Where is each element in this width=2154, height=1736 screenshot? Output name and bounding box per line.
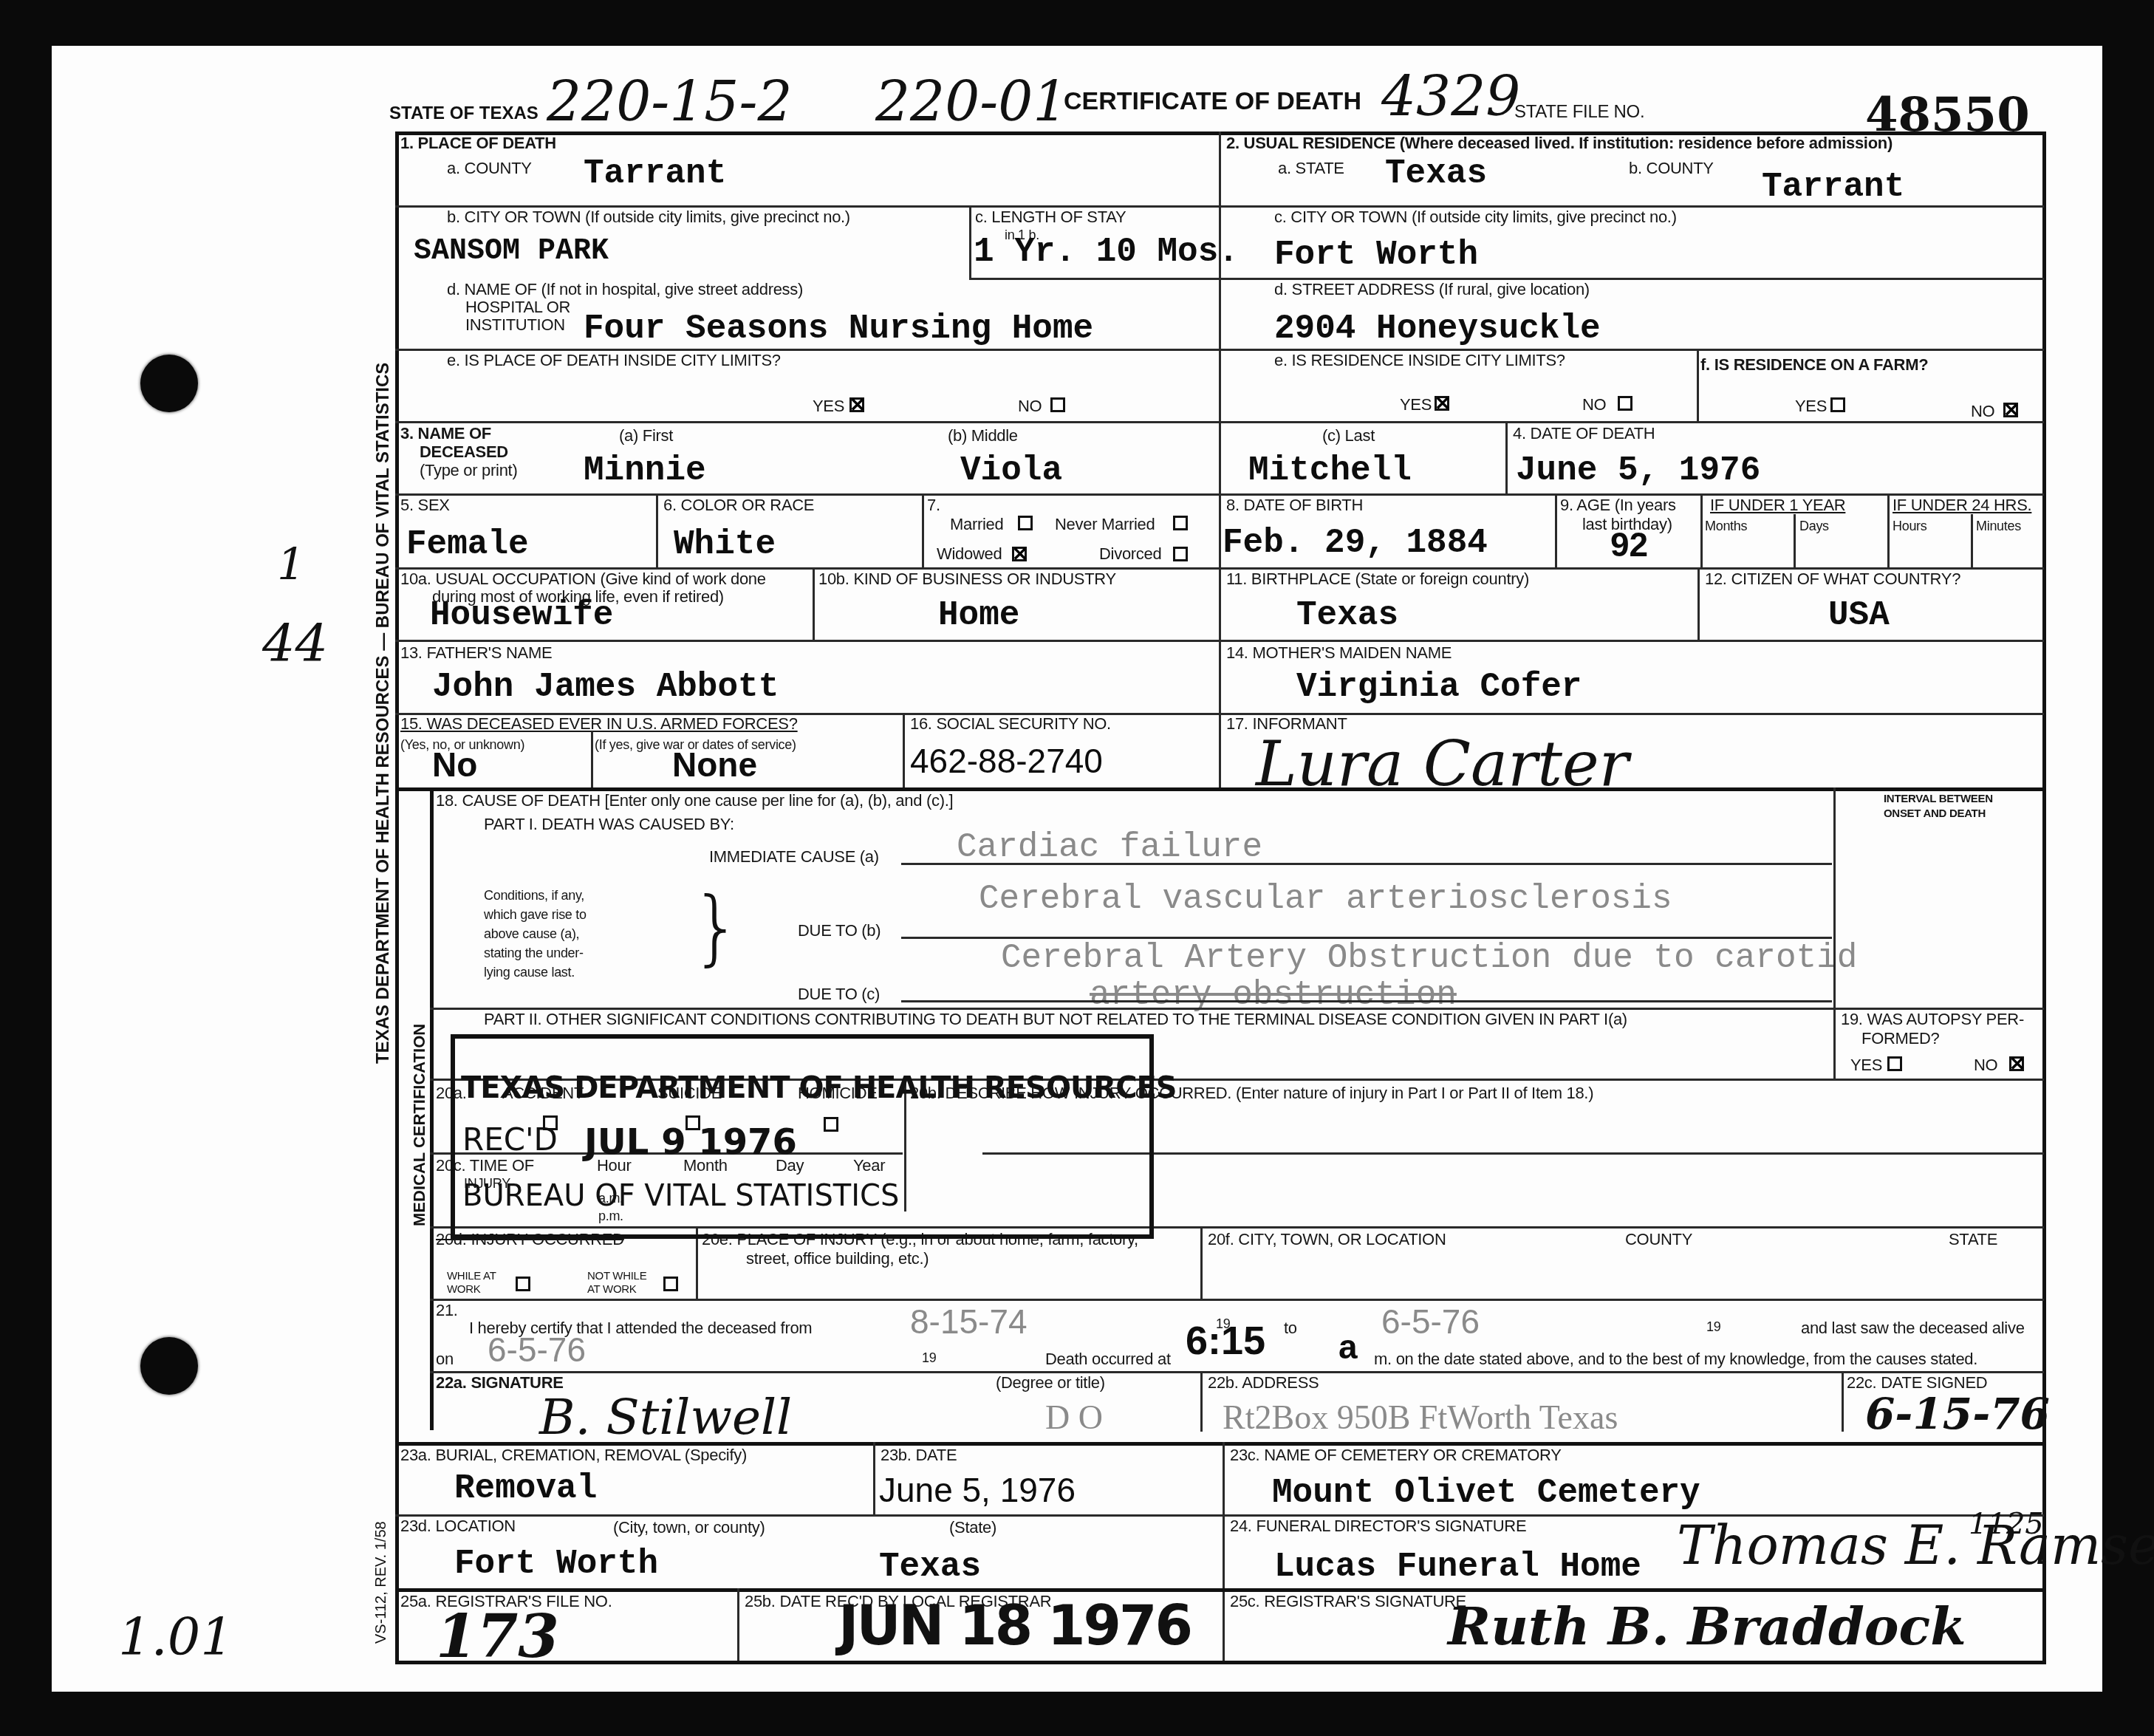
column-divider <box>1219 131 1221 789</box>
registrar-signature-label: 25c. REGISTRAR'S SIGNATURE <box>1230 1593 1466 1610</box>
autopsy-no-checkbox[interactable] <box>2009 1056 2024 1071</box>
degree-label: (Degree or title) <box>996 1374 1105 1392</box>
ssn-value: 462-88-2740 <box>910 742 1103 779</box>
stamp-line-1: TEXAS DEPARTMENT OF HEALTH RESOURCES <box>461 1071 1177 1105</box>
conditions-brace: } <box>691 886 742 968</box>
row-line <box>395 421 2044 423</box>
interval-label-2: ONSET AND DEATH <box>1884 807 1986 821</box>
death-city-value: SANSOM PARK <box>414 233 609 270</box>
residence-limits-no-label: NO <box>1582 396 1606 414</box>
farm-divider <box>1697 349 1699 423</box>
farm-label: f. IS RESIDENCE ON A FARM? <box>1700 356 1928 374</box>
institution-value: Four Seasons Nursing Home <box>584 310 1093 347</box>
address-value: Rt2Box 950B FtWorth Texas <box>1223 1399 1618 1436</box>
marital-divorced-checkbox[interactable] <box>1173 547 1188 561</box>
funeral-director-signature: Thomas E. Ramsey <box>1677 1514 2154 1576</box>
first-name-value: Minnie <box>584 452 706 489</box>
date-signed-value: 6-15-76 <box>1865 1389 2050 1439</box>
injury-e-label-2: street, office building, etc.) <box>746 1250 929 1268</box>
vertical-medical-certification: MEDICAL CERTIFICATION <box>410 1024 429 1226</box>
residence-state-label: a. STATE <box>1278 160 1344 177</box>
vertical-agency-label: TEXAS DEPARTMENT OF HEALTH RESOURCES — B… <box>373 363 394 1064</box>
conditions-note-4: stating the under- <box>484 946 584 960</box>
date-of-death-value: June 5, 1976 <box>1516 452 1760 489</box>
form-bottom-border <box>395 1661 2046 1664</box>
name-label-1: 3. NAME OF <box>400 425 491 442</box>
due-to-b-value: Cerebral vascular arteriosclerosis <box>979 881 1672 917</box>
funeral-director-label: 24. FUNERAL DIRECTOR'S SIGNATURE <box>1230 1517 1526 1535</box>
marital-never-checkbox[interactable] <box>1173 516 1188 530</box>
race-divider <box>656 493 658 567</box>
hole-punch-top <box>140 355 198 412</box>
burial-date-value: June 5, 1976 <box>879 1472 1076 1508</box>
autopsy-yes-checkbox[interactable] <box>1887 1056 1902 1071</box>
part2-label: PART II. OTHER SIGNIFICANT CONDITIONS CO… <box>484 1011 1627 1028</box>
stamp-received-date: JUL 9 1976 <box>584 1121 797 1163</box>
part1-label: PART I. DEATH WAS CAUSED BY: <box>484 816 734 833</box>
name-label-2: DECEASED <box>420 443 508 461</box>
while-at-work-label-2: WORK <box>447 1282 480 1297</box>
under-24-hrs-label: IF UNDER 24 HRS. <box>1893 496 2031 514</box>
due-to-c-label: DUE TO (c) <box>798 985 880 1003</box>
armed-service-value: None <box>672 746 757 783</box>
days-divider <box>1794 514 1796 567</box>
birthplace-value: Texas <box>1296 597 1398 634</box>
funeral-director-number: 1125 <box>1969 1507 2044 1541</box>
location-state-value: Texas <box>879 1548 981 1585</box>
ssn-divider <box>903 713 905 789</box>
margin-note-bottom: 1.01 <box>118 1607 233 1667</box>
date-signed-divider <box>1842 1371 1844 1432</box>
father-label: 13. FATHER'S NAME <box>400 644 552 662</box>
business-label: 10b. KIND OF BUSINESS OR INDUSTRY <box>818 570 1116 588</box>
days-label: Days <box>1799 519 1829 533</box>
conditions-note-1: Conditions, if any, <box>484 888 584 903</box>
ssn-label: 16. SOCIAL SECURITY NO. <box>910 715 1111 733</box>
under-1-year-label: IF UNDER 1 YEAR <box>1710 496 1845 514</box>
stamp-line-3: BUREAU OF VITAL STATISTICS <box>462 1179 899 1213</box>
not-while-at-work-checkbox[interactable] <box>663 1277 678 1291</box>
farm-yes-checkbox[interactable] <box>1830 397 1845 412</box>
residence-street-label: d. STREET ADDRESS (If rural, give locati… <box>1274 281 1590 298</box>
residence-state-value: Texas <box>1385 155 1487 192</box>
location-label: 23d. LOCATION <box>400 1517 516 1535</box>
under-year-divider <box>1700 493 1703 567</box>
cert-text-3: m. on the date stated above, and to the … <box>1374 1350 1977 1368</box>
occupation-value: Housewife <box>430 597 613 634</box>
location-state-label: (State) <box>949 1519 996 1537</box>
marital-married-checkbox[interactable] <box>1018 516 1033 530</box>
death-city-label: b. CITY OR TOWN (If outside city limits,… <box>447 208 850 226</box>
residence-limits-yes-checkbox[interactable] <box>1435 396 1449 411</box>
interval-label-1: INTERVAL BETWEEN <box>1884 792 1993 807</box>
handwritten-code-3: 4329 <box>1381 65 1520 129</box>
while-at-work-checkbox[interactable] <box>516 1277 530 1291</box>
death-county-value: Tarrant <box>584 155 726 192</box>
last-name-value: Mitchell <box>1248 452 1412 489</box>
autopsy-no-label: NO <box>1974 1056 1997 1074</box>
not-while-at-work-label-1: NOT WHILE <box>587 1269 646 1284</box>
not-while-at-work-label-2: AT WORK <box>587 1282 637 1297</box>
injury-ef-divider <box>1200 1226 1203 1300</box>
vertical-form-rev: VS-112, REV. 1/58 <box>373 1521 390 1644</box>
row-line <box>430 1299 2044 1301</box>
hole-punch-bottom <box>140 1337 198 1395</box>
race-value: White <box>674 526 776 563</box>
interval-divider <box>1833 787 1836 1079</box>
physician-signature: B. Stilwell <box>539 1389 792 1446</box>
father-value: John James Abbott <box>432 669 779 705</box>
cert-to-nineteen: 19 <box>1706 1319 1720 1334</box>
cert-number-label: 21. <box>436 1302 458 1319</box>
armed-forces-value: No <box>432 746 477 783</box>
age-value: 92 <box>1610 526 1648 563</box>
cemetery-label: 23c. NAME OF CEMETERY OR CREMATORY <box>1230 1446 1562 1464</box>
cert-on-date: 6-5-76 <box>488 1331 586 1368</box>
certificate-title: CERTIFICATE OF DEATH <box>1064 87 1361 116</box>
mother-label: 14. MOTHER'S MAIDEN NAME <box>1226 644 1452 662</box>
age-divider <box>1555 493 1557 567</box>
handwritten-code-1: 220-15-2 <box>547 70 793 134</box>
death-occurred-label: Death occurred at <box>1045 1350 1171 1368</box>
conditions-note-5: lying cause last. <box>484 965 575 980</box>
citizen-value: USA <box>1828 597 1890 634</box>
age-label-1: 9. AGE (In years <box>1560 496 1676 514</box>
death-limits-no-label: NO <box>1018 397 1042 415</box>
cemetery-value: Mount Olivet Cemetery <box>1272 1474 1700 1511</box>
form-left-border <box>395 131 399 1662</box>
location-city-label: (City, town, or county) <box>613 1519 765 1537</box>
state-file-label: STATE FILE NO. <box>1514 103 1644 121</box>
race-label: 6. COLOR OR RACE <box>663 496 814 514</box>
mother-value: Virginia Cofer <box>1296 669 1582 705</box>
cert-to-date: 6-5-76 <box>1381 1303 1480 1340</box>
date-of-death-label: 4. DATE OF DEATH <box>1513 425 1655 442</box>
state-label: STATE OF TEXAS <box>389 103 538 124</box>
occupation-label-1: 10a. USUAL OCCUPATION (Give kind of work… <box>400 570 766 588</box>
first-name-label: (a) First <box>619 427 673 445</box>
registrar-date-divider <box>737 1588 739 1661</box>
handwritten-code-2: 220-01 <box>875 70 1067 134</box>
under-24-divider <box>1887 493 1890 567</box>
residence-inside-limits-label: e. IS RESIDENCE INSIDE CITY LIMITS? <box>1274 352 1565 369</box>
autopsy-label-2: FORMED? <box>1861 1030 1939 1048</box>
autopsy-label-1: 19. WAS AUTOPSY PER- <box>1841 1011 2024 1028</box>
death-limits-no-checkbox[interactable] <box>1050 397 1065 412</box>
residence-street-value: 2904 Honeysuckle <box>1274 310 1601 347</box>
place-of-death-label: 1. PLACE OF DEATH <box>400 134 556 152</box>
marital-label: 7. <box>927 496 940 514</box>
farm-yes-label: YES <box>1795 397 1827 415</box>
cert-from-date: 8-15-74 <box>910 1303 1028 1340</box>
dob-label: 8. DATE OF BIRTH <box>1226 496 1363 514</box>
birthplace-label: 11. BIRTHPLACE (State or foreign country… <box>1226 570 1529 588</box>
residence-city-value: Fort Worth <box>1274 236 1478 273</box>
death-limits-yes-label: YES <box>813 397 844 415</box>
length-of-stay-value: 1 Yr. 10 Mos. <box>974 233 1239 270</box>
burial-date-label: 23b. DATE <box>881 1446 957 1464</box>
immediate-cause-value: Cardiac failure <box>957 829 1262 866</box>
armed-forces-label: 15. WAS DECEASED EVER IN U.S. ARMED FORC… <box>400 715 798 733</box>
marital-married-label: Married <box>950 516 1003 533</box>
received-stamp: TEXAS DEPARTMENT OF HEALTH RESOURCES REC… <box>451 1034 1154 1239</box>
margin-note-top: 1 <box>277 539 305 591</box>
dob-value: Feb. 29, 1884 <box>1223 524 1488 561</box>
cert-to-label: to <box>1284 1319 1297 1337</box>
death-inside-limits-label: e. IS PLACE OF DEATH INSIDE CITY LIMITS? <box>447 352 781 369</box>
due-to-c-value-1: Cerebral Artery Obstruction due to carot… <box>1001 940 1857 977</box>
marital-divider <box>922 493 924 567</box>
burial-value: Removal <box>454 1470 597 1507</box>
medical-left-border <box>430 787 434 1430</box>
registrar-date-stamp: JUN 18 1976 <box>838 1594 1191 1658</box>
sex-value: Female <box>406 526 529 563</box>
row-line <box>395 640 2044 642</box>
residence-county-label: b. COUNTY <box>1629 160 1714 177</box>
margin-note-mid: 44 <box>262 613 328 674</box>
hours-label: Hours <box>1893 519 1927 533</box>
death-county-label: a. COUNTY <box>447 160 532 177</box>
cemetery-divider <box>1223 1442 1225 1661</box>
residence-limits-no-checkbox[interactable] <box>1618 396 1632 411</box>
injury-f-label: 20f. CITY, TOWN, OR LOCATION <box>1208 1231 1446 1248</box>
registrar-file-value: 173 <box>436 1602 559 1671</box>
armed-divider <box>591 731 593 789</box>
middle-name-label: (b) Middle <box>948 427 1018 445</box>
stamp-received-prefix: REC'D <box>462 1121 558 1158</box>
burial-label: 23a. BURIAL, CREMATION, REMOVAL (Specify… <box>400 1446 747 1464</box>
cause-line-a <box>901 863 1832 865</box>
stay-divider <box>969 205 971 279</box>
residence-county-value: Tarrant <box>1762 168 1904 205</box>
business-value: Home <box>938 597 1019 634</box>
cert-on-label: on <box>436 1350 454 1368</box>
location-city-value: Fort Worth <box>454 1545 658 1582</box>
marital-widowed-label: Widowed <box>937 545 1002 563</box>
institution-label-2: HOSPITAL OR <box>465 298 570 316</box>
address-label: 22b. ADDRESS <box>1208 1374 1319 1392</box>
row-line <box>395 1588 2044 1592</box>
residence-limits-yes-label: YES <box>1400 396 1432 414</box>
marital-never-label: Never Married <box>1055 516 1155 533</box>
minutes-label: Minutes <box>1976 519 2021 533</box>
name-label-3: (Type or print) <box>420 462 517 479</box>
institution-label-1: d. NAME OF (If not in hospital, give str… <box>447 281 803 298</box>
citizen-label: 12. CITIZEN OF WHAT COUNTRY? <box>1705 570 1960 588</box>
autopsy-yes-label: YES <box>1850 1056 1882 1074</box>
marital-divorced-label: Divorced <box>1099 545 1161 563</box>
immediate-cause-label: IMMEDIATE CAUSE (a) <box>709 848 879 866</box>
while-at-work-label-1: WHILE AT <box>447 1269 496 1284</box>
dod-divider <box>1505 421 1508 495</box>
length-of-stay-label: c. LENGTH OF STAY <box>975 208 1126 226</box>
injury-f-county-label: COUNTY <box>1625 1231 1692 1248</box>
marital-widowed-checkbox[interactable] <box>1012 547 1027 561</box>
institution-label-3: INSTITUTION <box>465 316 565 334</box>
cert-on-nineteen: 19 <box>922 1350 936 1365</box>
funeral-home-value: Lucas Funeral Home <box>1274 1548 1641 1585</box>
middle-name-value: Viola <box>960 452 1062 489</box>
farm-no-label: NO <box>1971 403 1994 420</box>
minutes-divider <box>1971 514 1973 567</box>
conditions-note-3: above cause (a), <box>484 926 579 941</box>
cause-label: 18. CAUSE OF DEATH [Enter only one cause… <box>436 792 953 810</box>
conditions-note-2: which gave rise to <box>484 907 587 922</box>
death-time-value: 6:15 <box>1186 1322 1265 1359</box>
cert-text-2: and last saw the deceased alive <box>1801 1319 2025 1337</box>
last-name-label: (c) Last <box>1322 427 1375 445</box>
registrar-signature: Ruth B. Braddock <box>1448 1596 1966 1657</box>
injury-f-state-label: STATE <box>1949 1231 1997 1248</box>
death-limits-yes-checkbox[interactable] <box>849 397 864 412</box>
sex-label: 5. SEX <box>400 496 450 514</box>
months-label: Months <box>1705 519 1747 533</box>
residence-city-label: c. CITY OR TOWN (If outside city limits,… <box>1274 208 1677 226</box>
address-divider <box>1200 1371 1203 1432</box>
citizen-divider <box>1697 567 1700 641</box>
usual-residence-label: 2. USUAL RESIDENCE (Where deceased lived… <box>1226 134 1893 152</box>
due-to-b-label: DUE TO (b) <box>798 922 881 940</box>
farm-no-checkbox[interactable] <box>2003 403 2018 417</box>
degree-value: D O <box>1045 1399 1103 1436</box>
business-divider <box>813 567 815 641</box>
death-meridiem-value: a <box>1338 1328 1358 1365</box>
burial-date-divider <box>873 1442 875 1516</box>
cause-line-c <box>901 1000 1832 1002</box>
